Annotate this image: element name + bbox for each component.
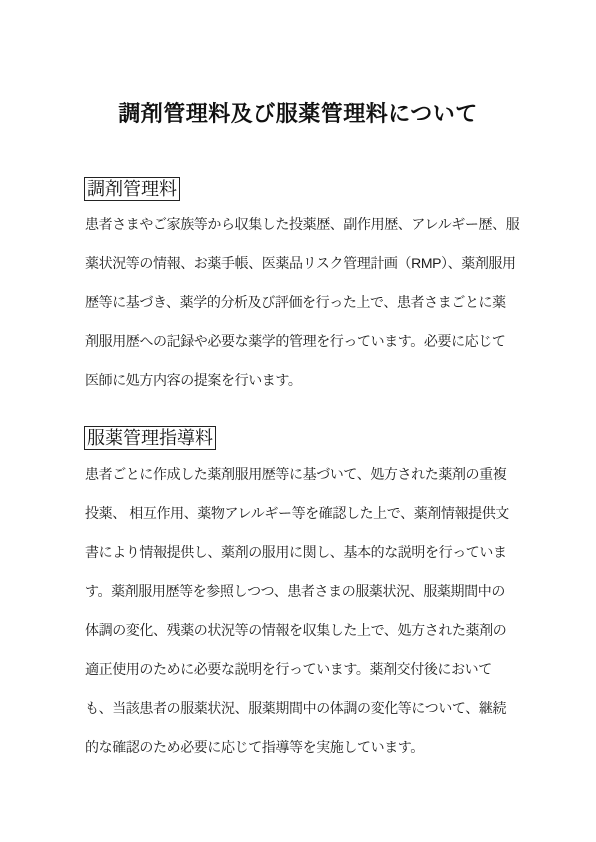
paragraph-line: 適正使用のために必要な説明を行っています。薬剤交付後において bbox=[85, 650, 530, 689]
section-heading-medication-management-guidance-fee: 服薬管理指導料 bbox=[84, 426, 216, 450]
paragraph-line: 剤服用歴への記録や必要な薬学的管理を行っています。必要に応じて bbox=[85, 322, 530, 361]
paragraph-line: 患者さまやご家族等から収集した投薬歴、副作用歴、アレルギー歴、服 bbox=[85, 205, 530, 244]
document-title: 調剤管理料及び服薬管理料について bbox=[0, 100, 596, 128]
paragraph-line: 薬状況等の情報、お薬手帳、医薬品リスク管理計画（RMP）、薬剤服用 bbox=[85, 244, 530, 283]
section-paragraph-dispensing: 患者さまやご家族等から収集した投薬歴、副作用歴、アレルギー歴、服 薬状況等の情報… bbox=[85, 205, 530, 400]
paragraph-line: 投薬、 相互作用、薬物アレルギー等を確認した上で、薬剤情報提供文 bbox=[85, 494, 530, 533]
paragraph-line: 的な確認のため必要に応じて指導等を実施しています。 bbox=[85, 728, 530, 767]
paragraph-line: 書により情報提供し、薬剤の服用に関し、基本的な説明を行っていま bbox=[85, 533, 530, 572]
paragraph-line: す。薬剤服用歴等を参照しつつ、患者さまの服薬状況、服薬期間中の bbox=[85, 572, 530, 611]
paragraph-line: も、当該患者の服薬状況、服薬期間中の体調の変化等について、継続 bbox=[85, 689, 530, 728]
section-heading-dispensing-management-fee: 調剤管理料 bbox=[84, 177, 180, 201]
section-paragraph-medication-guidance: 患者ごとに作成した薬剤服用歴等に基づいて、処方された薬剤の重複 投薬、 相互作用… bbox=[85, 455, 530, 767]
paragraph-line: 歴等に基づき、薬学的分析及び評価を行った上で、患者さまごとに薬 bbox=[85, 283, 530, 322]
paragraph-line: 患者ごとに作成した薬剤服用歴等に基づいて、処方された薬剤の重複 bbox=[85, 455, 530, 494]
document-page: 調剤管理料及び服薬管理料について 調剤管理料 患者さまやご家族等から収集した投薬… bbox=[0, 0, 596, 842]
paragraph-line: 体調の変化、残薬の状況等の情報を収集した上で、処方された薬剤の bbox=[85, 611, 530, 650]
paragraph-line: 医師に処方内容の提案を行います。 bbox=[85, 361, 530, 400]
